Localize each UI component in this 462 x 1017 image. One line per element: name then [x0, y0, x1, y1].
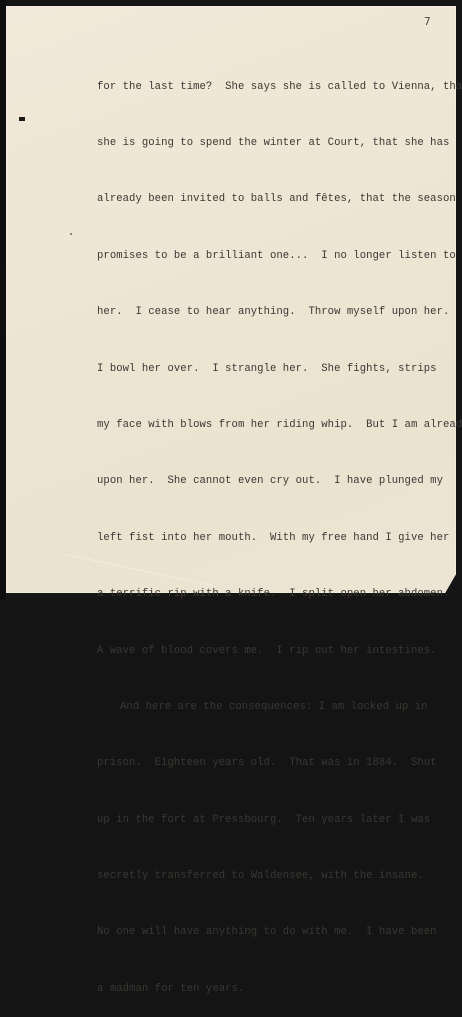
text-line: upon her. She cannot even cry out. I hav… — [97, 472, 437, 491]
text-line: my face with blows from her riding whip.… — [97, 416, 437, 435]
text-line: a terrific rip with a knife. I split ope… — [97, 585, 437, 600]
text-line: already been invited to balls and fêtes,… — [97, 190, 437, 209]
text-line: she is going to spend the winter at Cour… — [97, 134, 437, 153]
page-number: 7 — [424, 15, 431, 28]
margin-mark — [19, 117, 25, 121]
text-line: for the last time? She says she is calle… — [97, 78, 437, 97]
body-text: for the last time? She says she is calle… — [97, 40, 437, 600]
scan-edge — [0, 0, 6, 600]
text-line: promises to be a brilliant one... I no l… — [97, 247, 437, 266]
text-line: left fist into her mouth. With my free h… — [97, 529, 437, 548]
text-line: her. I cease to hear anything. Throw mys… — [97, 303, 437, 322]
text-line: I bowl her over. I strangle her. She fig… — [97, 360, 437, 379]
margin-dot — [70, 233, 72, 235]
